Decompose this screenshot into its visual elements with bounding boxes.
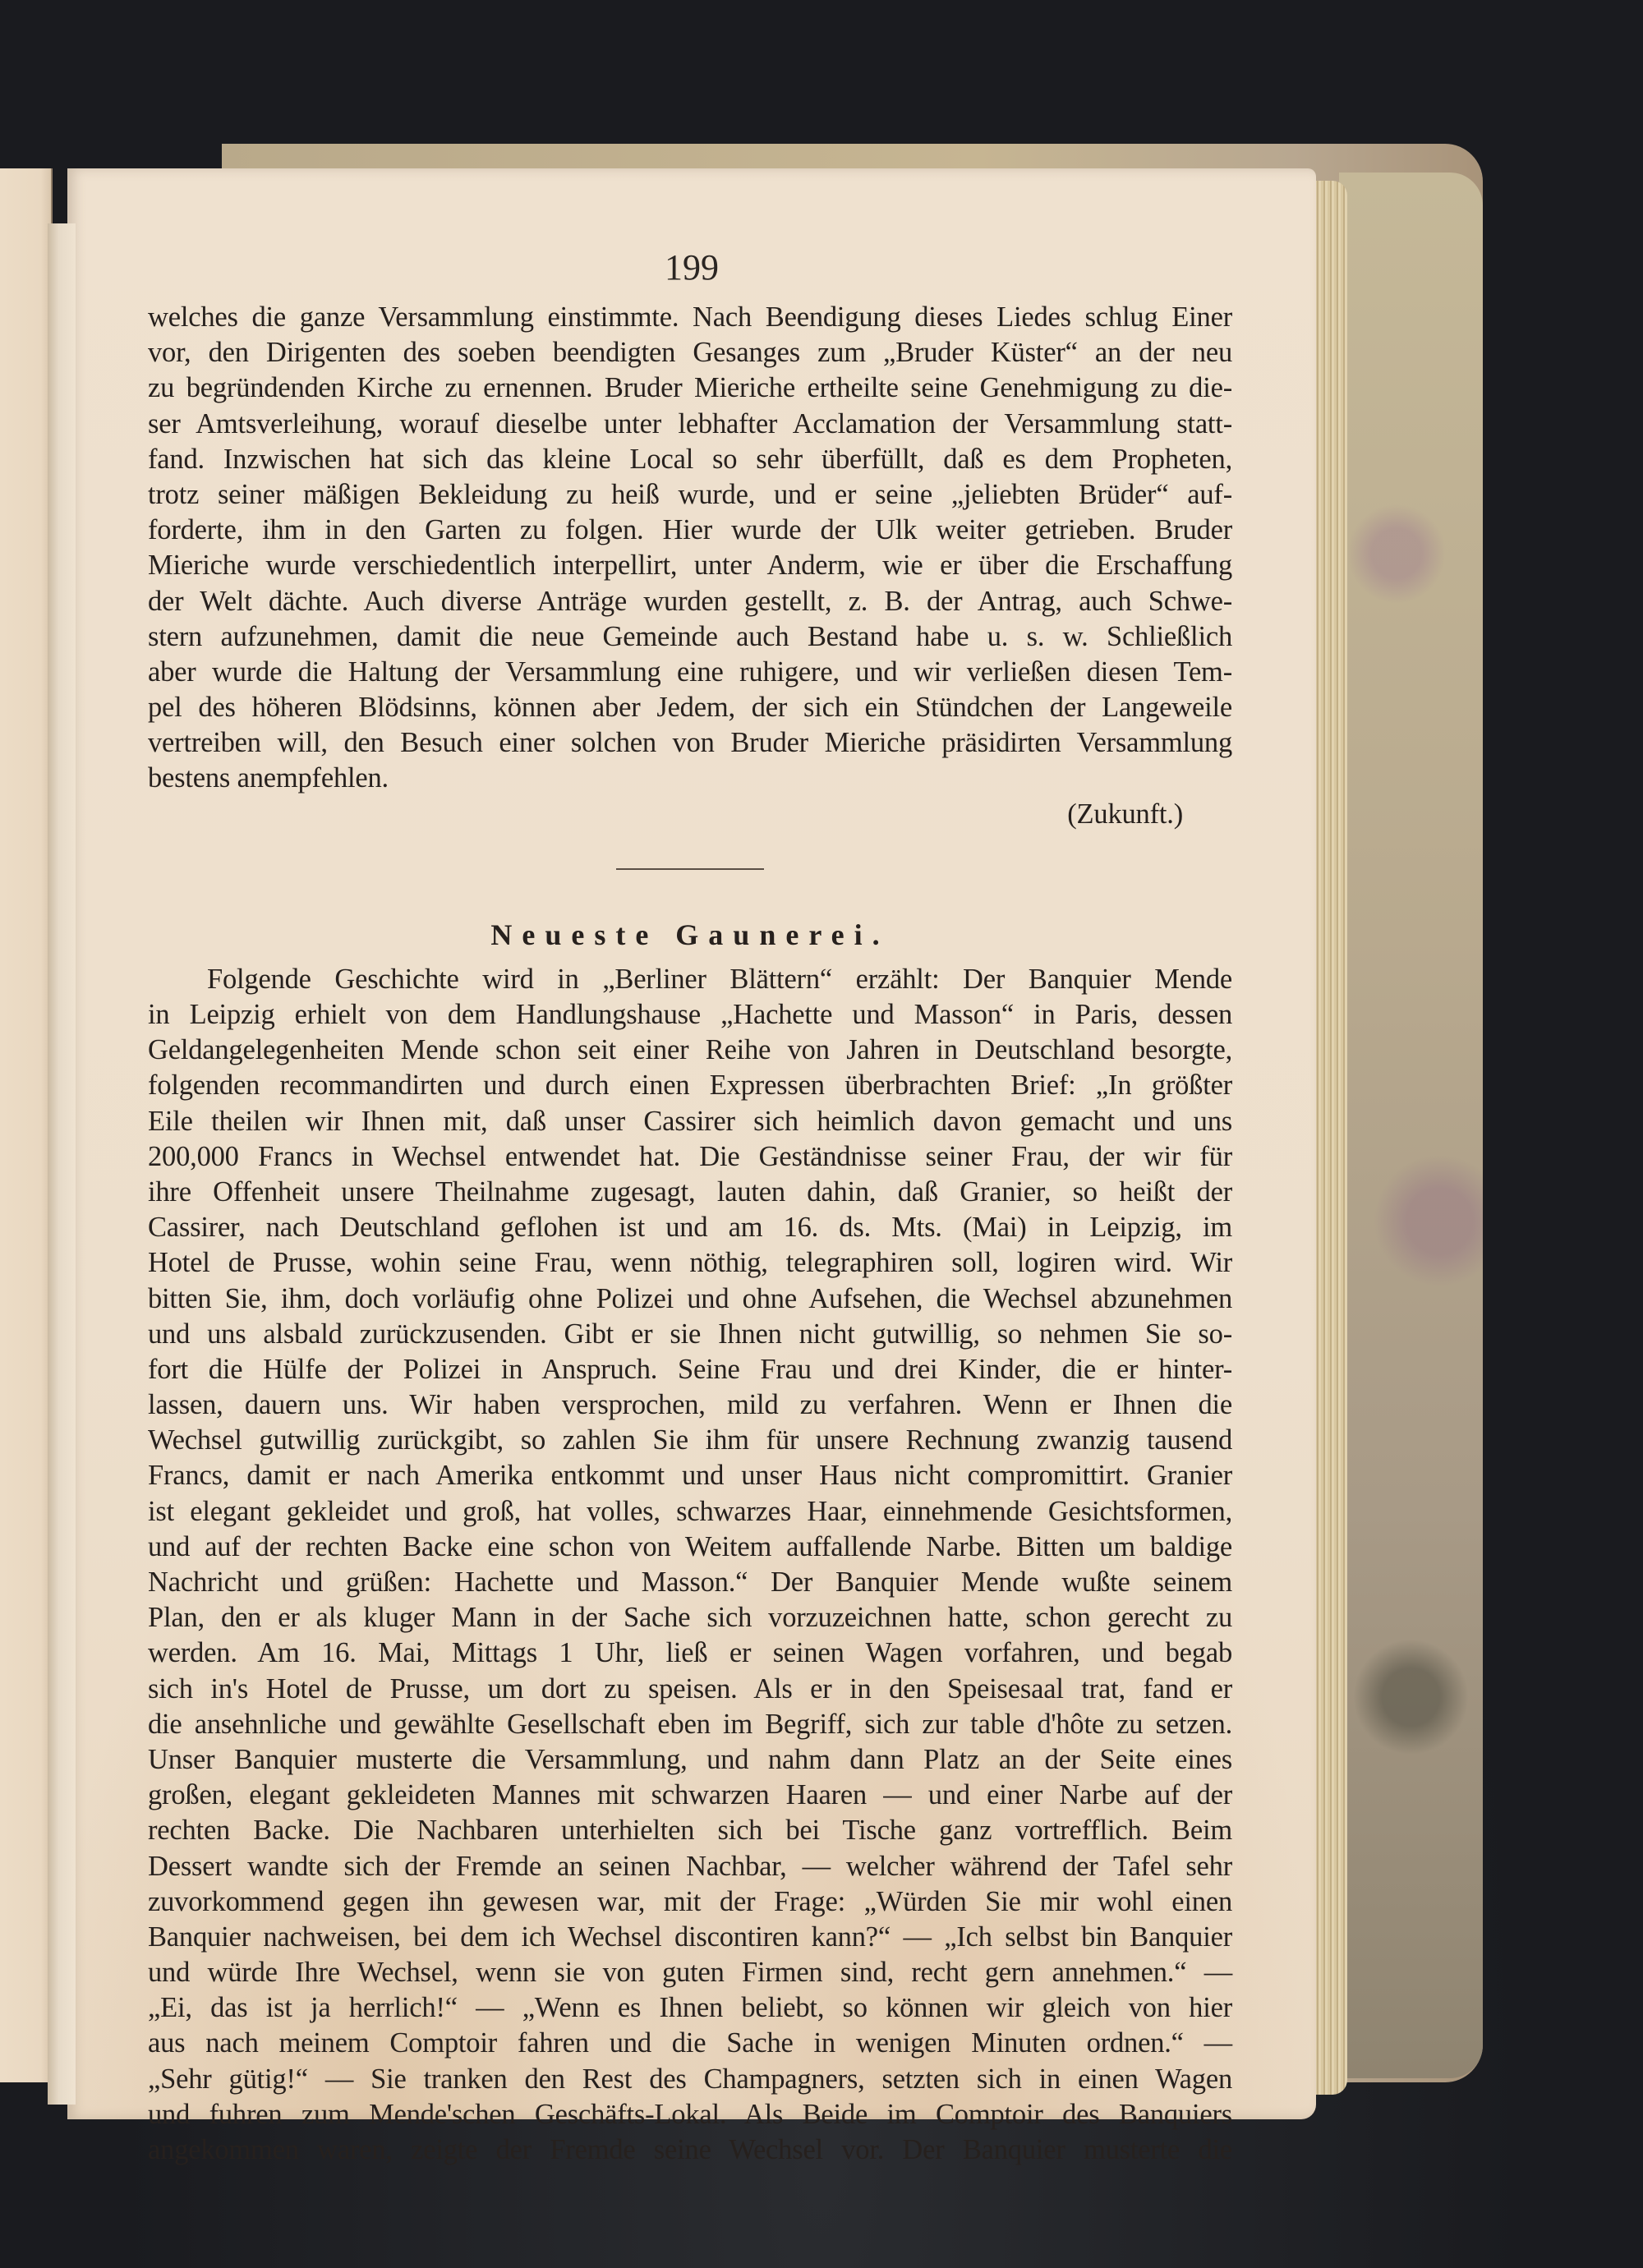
text-line: angekommen waren, zeigte der Fremde sein… xyxy=(148,2132,1232,2168)
text-line: ihre Offenheit unsere Theilnahme zugesag… xyxy=(148,1175,1232,1210)
text-line: 200,000 Francs in Wechsel entwendet hat.… xyxy=(148,1139,1232,1175)
left-page-sliver xyxy=(0,168,53,2082)
book-gutter xyxy=(48,223,76,2105)
text-line: Hotel de Prusse, wohin seine Frau, wenn … xyxy=(148,1245,1232,1281)
text-line: fort die Hülfe der Polizei in Anspruch. … xyxy=(148,1352,1232,1387)
text-line: Geldangelegenheiten Mende schon seit ein… xyxy=(148,1033,1232,1068)
text-line: ser Amtsverleihung, worauf dieselbe unte… xyxy=(148,407,1232,442)
text-line: bestens anempfehlen. xyxy=(148,761,1232,796)
text-line: welches die ganze Versammlung einstimmte… xyxy=(148,300,1232,335)
text-line: stern aufzunehmen, damit die neue Gemein… xyxy=(148,619,1232,655)
text-line: die ansehnliche und gewählte Gesellschaf… xyxy=(148,1707,1232,1742)
text-line: aber wurde die Haltung der Versammlung e… xyxy=(148,655,1232,690)
text-line: zuvorkommend gegen ihn gewesen war, mit … xyxy=(148,1884,1232,1920)
text-line: vor, den Dirigenten des soeben beendigte… xyxy=(148,335,1232,370)
text-line: großen, elegant gekleideten Mannes mit s… xyxy=(148,1778,1232,1813)
text-line: Eile theilen wir Ihnen mit, daß unser Ca… xyxy=(148,1104,1232,1139)
text-line: in Leipzig erhielt von dem Handlungshaus… xyxy=(148,997,1232,1033)
paragraph-1: welches die ganze Versammlung einstimmte… xyxy=(148,300,1232,832)
text-line: und würde Ihre Wechsel, wenn sie von gut… xyxy=(148,1955,1232,1990)
text-line: zu begründenden Kirche zu ernennen. Brud… xyxy=(148,370,1232,406)
text-line: bitten Sie, ihm, doch vorläufig ohne Pol… xyxy=(148,1281,1232,1317)
text-line: und fuhren zum Mende'schen Geschäfts-Lok… xyxy=(148,2097,1232,2132)
text-line: pel des höheren Blödsinns, können aber J… xyxy=(148,690,1232,725)
text-line: trotz seiner mäßigen Bekleidung zu heiß … xyxy=(148,477,1232,513)
text-line: folgenden recommandirten und durch einen… xyxy=(148,1068,1232,1103)
text-line: rechten Backe. Die Nachbaren unterhielte… xyxy=(148,1813,1232,1848)
text-line: Banquier nachweisen, bei dem ich Wechsel… xyxy=(148,1920,1232,1955)
article-heading: Neueste Gaunerei. xyxy=(148,918,1232,959)
text-line: sich in's Hotel de Prusse, um dort zu sp… xyxy=(148,1672,1232,1707)
text-line: lassen, dauern uns. Wir haben versproche… xyxy=(148,1387,1232,1423)
text-line: Cassirer, nach Deutschland geflohen ist … xyxy=(148,1210,1232,1245)
text-line: der Welt dächte. Auch diverse Anträge wu… xyxy=(148,584,1232,619)
text-line: Folgende Geschichte wird in „Berliner Bl… xyxy=(148,962,1232,997)
book-page: 199 welches die ganze Versammlung einsti… xyxy=(67,168,1316,2119)
text-line: „Sehr gütig!“ — Sie tranken den Rest des… xyxy=(148,2062,1232,2097)
text-line: Wechsel gutwillig zurückgibt, so zahlen … xyxy=(148,1423,1232,1458)
text-line: Nachricht und grüßen: Hachette und Masso… xyxy=(148,1565,1232,1600)
text-line: aus nach meinem Comptoir fahren und die … xyxy=(148,2026,1232,2061)
text-line: und uns alsbald zurückzusenden. Gibt er … xyxy=(148,1317,1232,1352)
text-line: vertreiben will, den Besuch einer solche… xyxy=(148,725,1232,761)
source-attribution: (Zukunft.) xyxy=(148,797,1232,832)
text-line: Francs, damit er nach Amerika entkommt u… xyxy=(148,1458,1232,1493)
text-line: und auf der rechten Backe eine schon von… xyxy=(148,1530,1232,1565)
paragraph-2: Folgende Geschichte wird in „Berliner Bl… xyxy=(148,962,1232,2168)
book-cover-marbled-edge xyxy=(1339,173,1483,2078)
text-line: Dessert wandte sich der Fremde an seinen… xyxy=(148,1849,1232,1884)
text-line: werden. Am 16. Mai, Mittags 1 Uhr, ließ … xyxy=(148,1635,1232,1671)
page-body: welches die ganze Versammlung einstimmte… xyxy=(148,300,1232,2168)
text-line: „Ei, das ist ja herrlich!“ — „Wenn es Ih… xyxy=(148,1990,1232,2026)
text-line: fand. Inzwischen hat sich das kleine Loc… xyxy=(148,442,1232,477)
section-divider xyxy=(616,868,764,870)
text-line: ist elegant gekleidet und groß, hat voll… xyxy=(148,1494,1232,1530)
text-line: Unser Banquier musterte die Versammlung,… xyxy=(148,1742,1232,1778)
text-line: Plan, den er als kluger Mann in der Sach… xyxy=(148,1600,1232,1635)
text-line: forderte, ihm in den Garten zu folgen. H… xyxy=(148,513,1232,548)
page-number: 199 xyxy=(67,246,1316,288)
text-line: Mieriche wurde verschiedentlich interpel… xyxy=(148,548,1232,583)
